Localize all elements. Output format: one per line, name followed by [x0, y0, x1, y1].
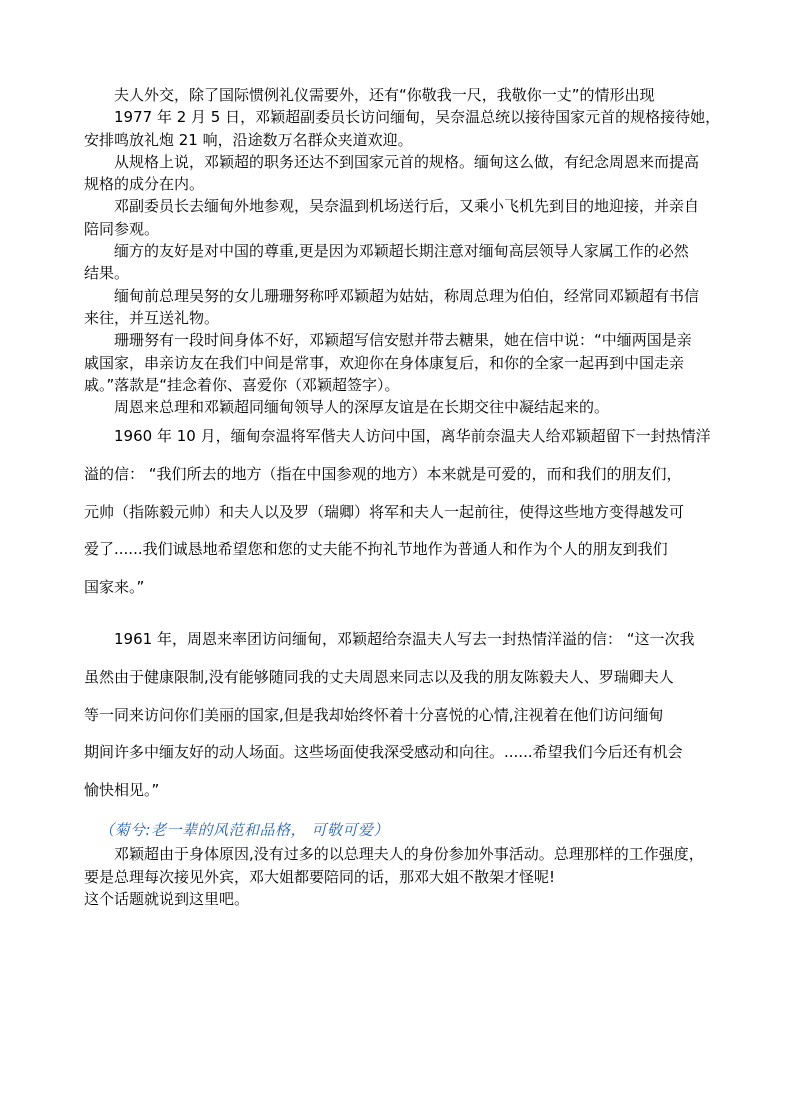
paragraph-10: 1961 年，周恩来率团访问缅甸，邓颖超给奈温夫人写去一封热情洋溢的信： “这一… — [84, 621, 722, 809]
paragraph-9: 1960 年 10 月，缅甸奈温将军偕夫人访问中国，离华前奈温夫人给邓颖超留下一… — [84, 418, 722, 606]
paragraph-6: 缅甸前总理吴努的女儿珊珊努称呼邓颖超为姑姑，称周总理为伯伯，经常同邓颖超有书信 … — [84, 285, 722, 330]
paragraph-4: 邓副委员长去缅甸外地参观，吴奈温到机场送行后，又乘小飞机先到目的地迎接，并亲自 … — [84, 195, 722, 240]
paragraph-8: 周恩来总理和邓颖超同缅甸领导人的深厚友谊是在长期交往中凝结起来的。 — [84, 396, 722, 418]
paragraph-5: 缅方的友好是对中国的尊重,更是因为邓颖超长期注意对缅甸高层领导人家属工作的必然 … — [84, 240, 722, 285]
paragraph-12: 邓颖超由于身体原因,没有过多的以总理夫人的身份参加外事活动。总理那样的工作强度，… — [84, 843, 722, 910]
paragraph-7: 珊珊努有一段时间身体不好，邓颖超写信安慰并带去糖果，她在信中说：“中缅两国是亲 … — [84, 329, 722, 396]
reader-annotation: （菊兮:老一辈的风范和品格， 可敬可爱） — [84, 819, 722, 841]
paragraphs-container: 夫人外交，除了国际惯例礼仪需要外，还有“你敬我一尺，我敬你一丈”的情形出现197… — [84, 84, 722, 910]
paragraph-1: 夫人外交，除了国际惯例礼仪需要外，还有“你敬我一尺，我敬你一丈”的情形出现 — [84, 84, 722, 106]
paragraph-3: 从规格上说，邓颖超的职务还达不到国家元首的规格。缅甸这么做，有纪念周恩来而提高 … — [84, 151, 722, 196]
document-page: 夫人外交，除了国际惯例礼仪需要外，还有“你敬我一尺，我敬你一丈”的情形出现197… — [0, 0, 800, 1100]
paragraph-2: 1977 年 2 月 5 日，邓颖超副委员长访问缅甸，吴奈温总统以接待国家元首的… — [84, 106, 722, 151]
